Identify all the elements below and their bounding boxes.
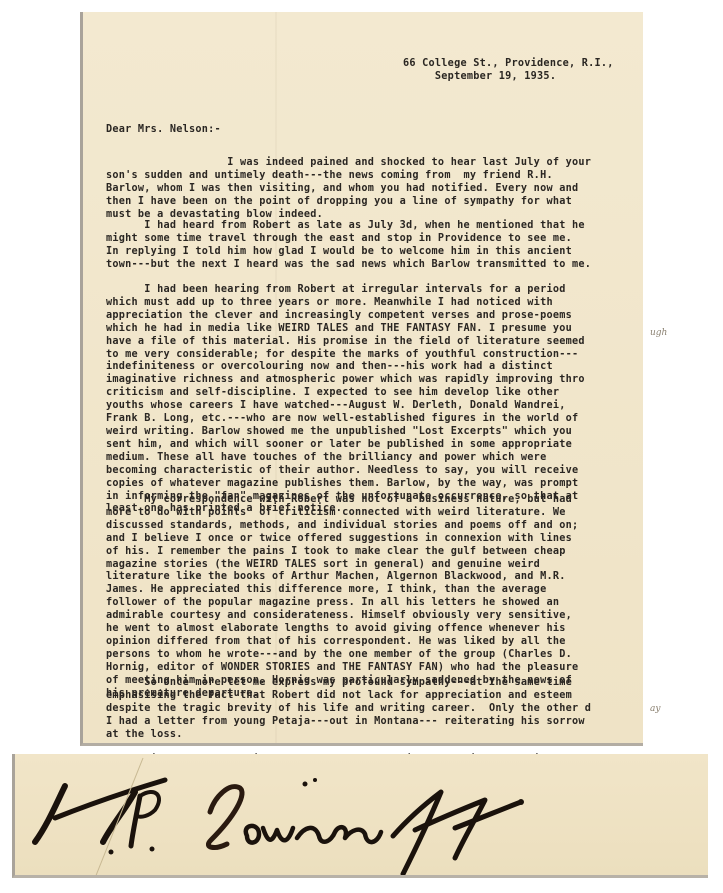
paragraph-1: I was indeed pained and shocked to hear …	[106, 157, 591, 222]
letter-page: 66 College St., Providence, R.I., Septem…	[80, 12, 643, 746]
address-line: 66 College St., Providence, R.I.,	[403, 58, 614, 69]
handwritten-margin-note: ugh	[650, 328, 667, 338]
salutation: Dear Mrs. Nelson:-	[106, 124, 221, 137]
paragraph-4: My correspondence with Robert was not of…	[106, 494, 578, 701]
sender-address: 66 College St., Providence, R.I., Septem…	[403, 58, 614, 84]
paragraph-5: So once more let me express my profound …	[106, 677, 591, 742]
paragraph-3: I had been hearing from Robert at irregu…	[106, 284, 585, 516]
signature-drawing	[15, 754, 708, 878]
paragraph-2: I had heard from Robert as late as July …	[106, 220, 591, 272]
signature-closeup	[12, 754, 708, 878]
letter-date: September 19, 1935.	[403, 71, 556, 82]
handwritten-margin-note: ay	[650, 704, 660, 714]
